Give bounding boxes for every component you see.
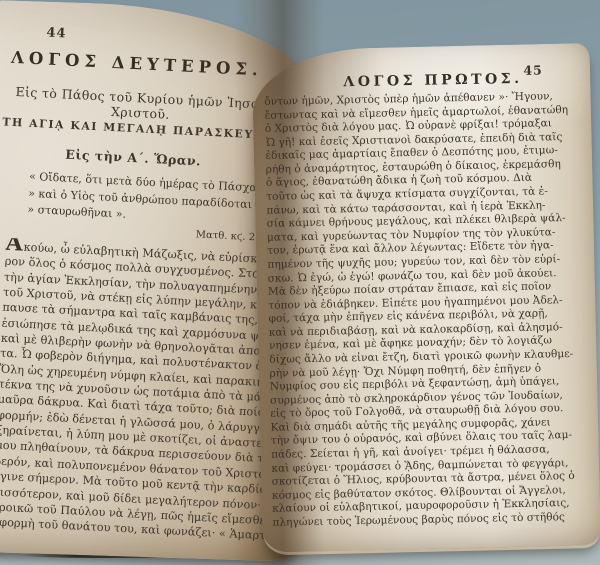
left-page-heading: ΛΟΓΟΣ ΔΕΥΤΕΡΟΣ.	[0, 47, 275, 80]
right-page-content: 45 ΛΟΓΟΣ ΠΡΩΤΟΣ. ὄντων ἡμῶν, Χριστὸς ὑπὲ…	[252, 44, 600, 552]
right-page-body: ὄντων ἡμῶν, Χριστὸς ὑπὲρ ἡμῶν ἀπέθανεν »…	[264, 90, 594, 531]
left-page-subtitle-first-hour: Εἰς τὴν Α´. Ὥραν.	[0, 143, 272, 172]
right-page: 45 ΛΟΓΟΣ ΠΡΩΤΟΣ. ὄντων ἡμῶν, Χριστὸς ὑπὲ…	[251, 43, 600, 553]
book-photo: 44 ΛΟΓΟΣ ΔΕΥΤΕΡΟΣ. Εἰς τὸ Πάθος τοῦ Κυρί…	[0, 0, 600, 565]
right-page-heading: ΛΟΓΟΣ ΠΡΩΤΟΣ.	[323, 70, 543, 90]
left-page-number: 44	[46, 26, 67, 42]
